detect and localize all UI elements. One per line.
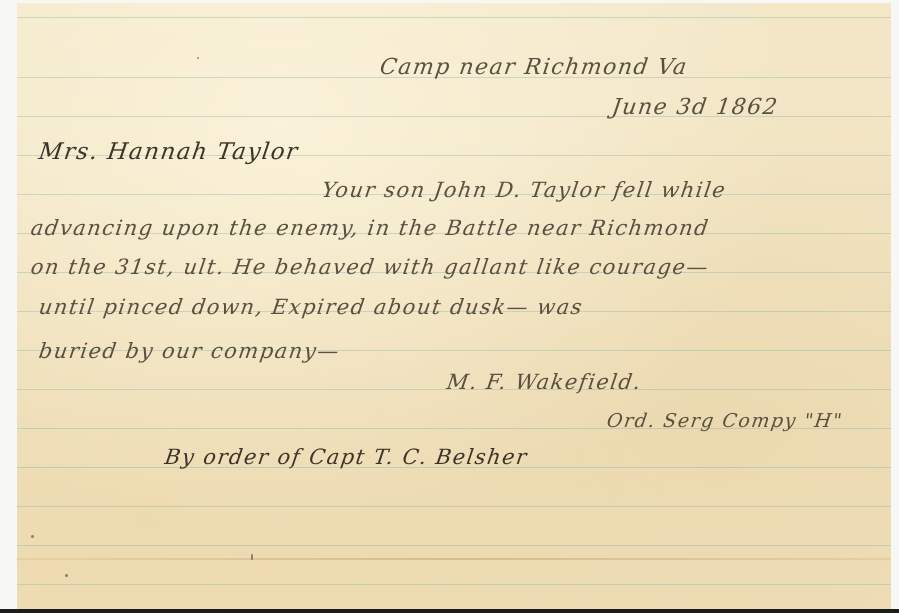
signature-title: Ord. Serg Compy "H" <box>605 410 844 432</box>
bottom-border <box>0 609 899 613</box>
body-line-3: on the 31st, ult. He behaved with gallan… <box>29 255 710 279</box>
paper-fold-line <box>17 558 891 560</box>
body-line-4: until pinced down, Expired about dusk— w… <box>37 295 584 319</box>
body-line-1: Your son John D. Taylor fell while <box>320 178 728 202</box>
paper-speck <box>251 554 253 560</box>
paper-speck <box>197 57 199 59</box>
body-line-2: advancing upon the enemy, in the Battle … <box>29 216 711 240</box>
paper-speck <box>31 535 34 538</box>
heading-location: Camp near Richmond Va <box>378 55 689 80</box>
postscript: By order of Capt T. C. Belsher <box>163 445 529 469</box>
letter-paper: Camp near Richmond Va June 3d 1862 Mrs. … <box>17 3 891 609</box>
body-line-5: buried by our company— <box>37 339 341 363</box>
salutation: Mrs. Hannah Taylor <box>37 139 300 165</box>
paper-speck <box>65 574 68 577</box>
heading-date: June 3d 1862 <box>610 95 780 120</box>
signature-name: M. F. Wakefield. <box>445 370 643 394</box>
